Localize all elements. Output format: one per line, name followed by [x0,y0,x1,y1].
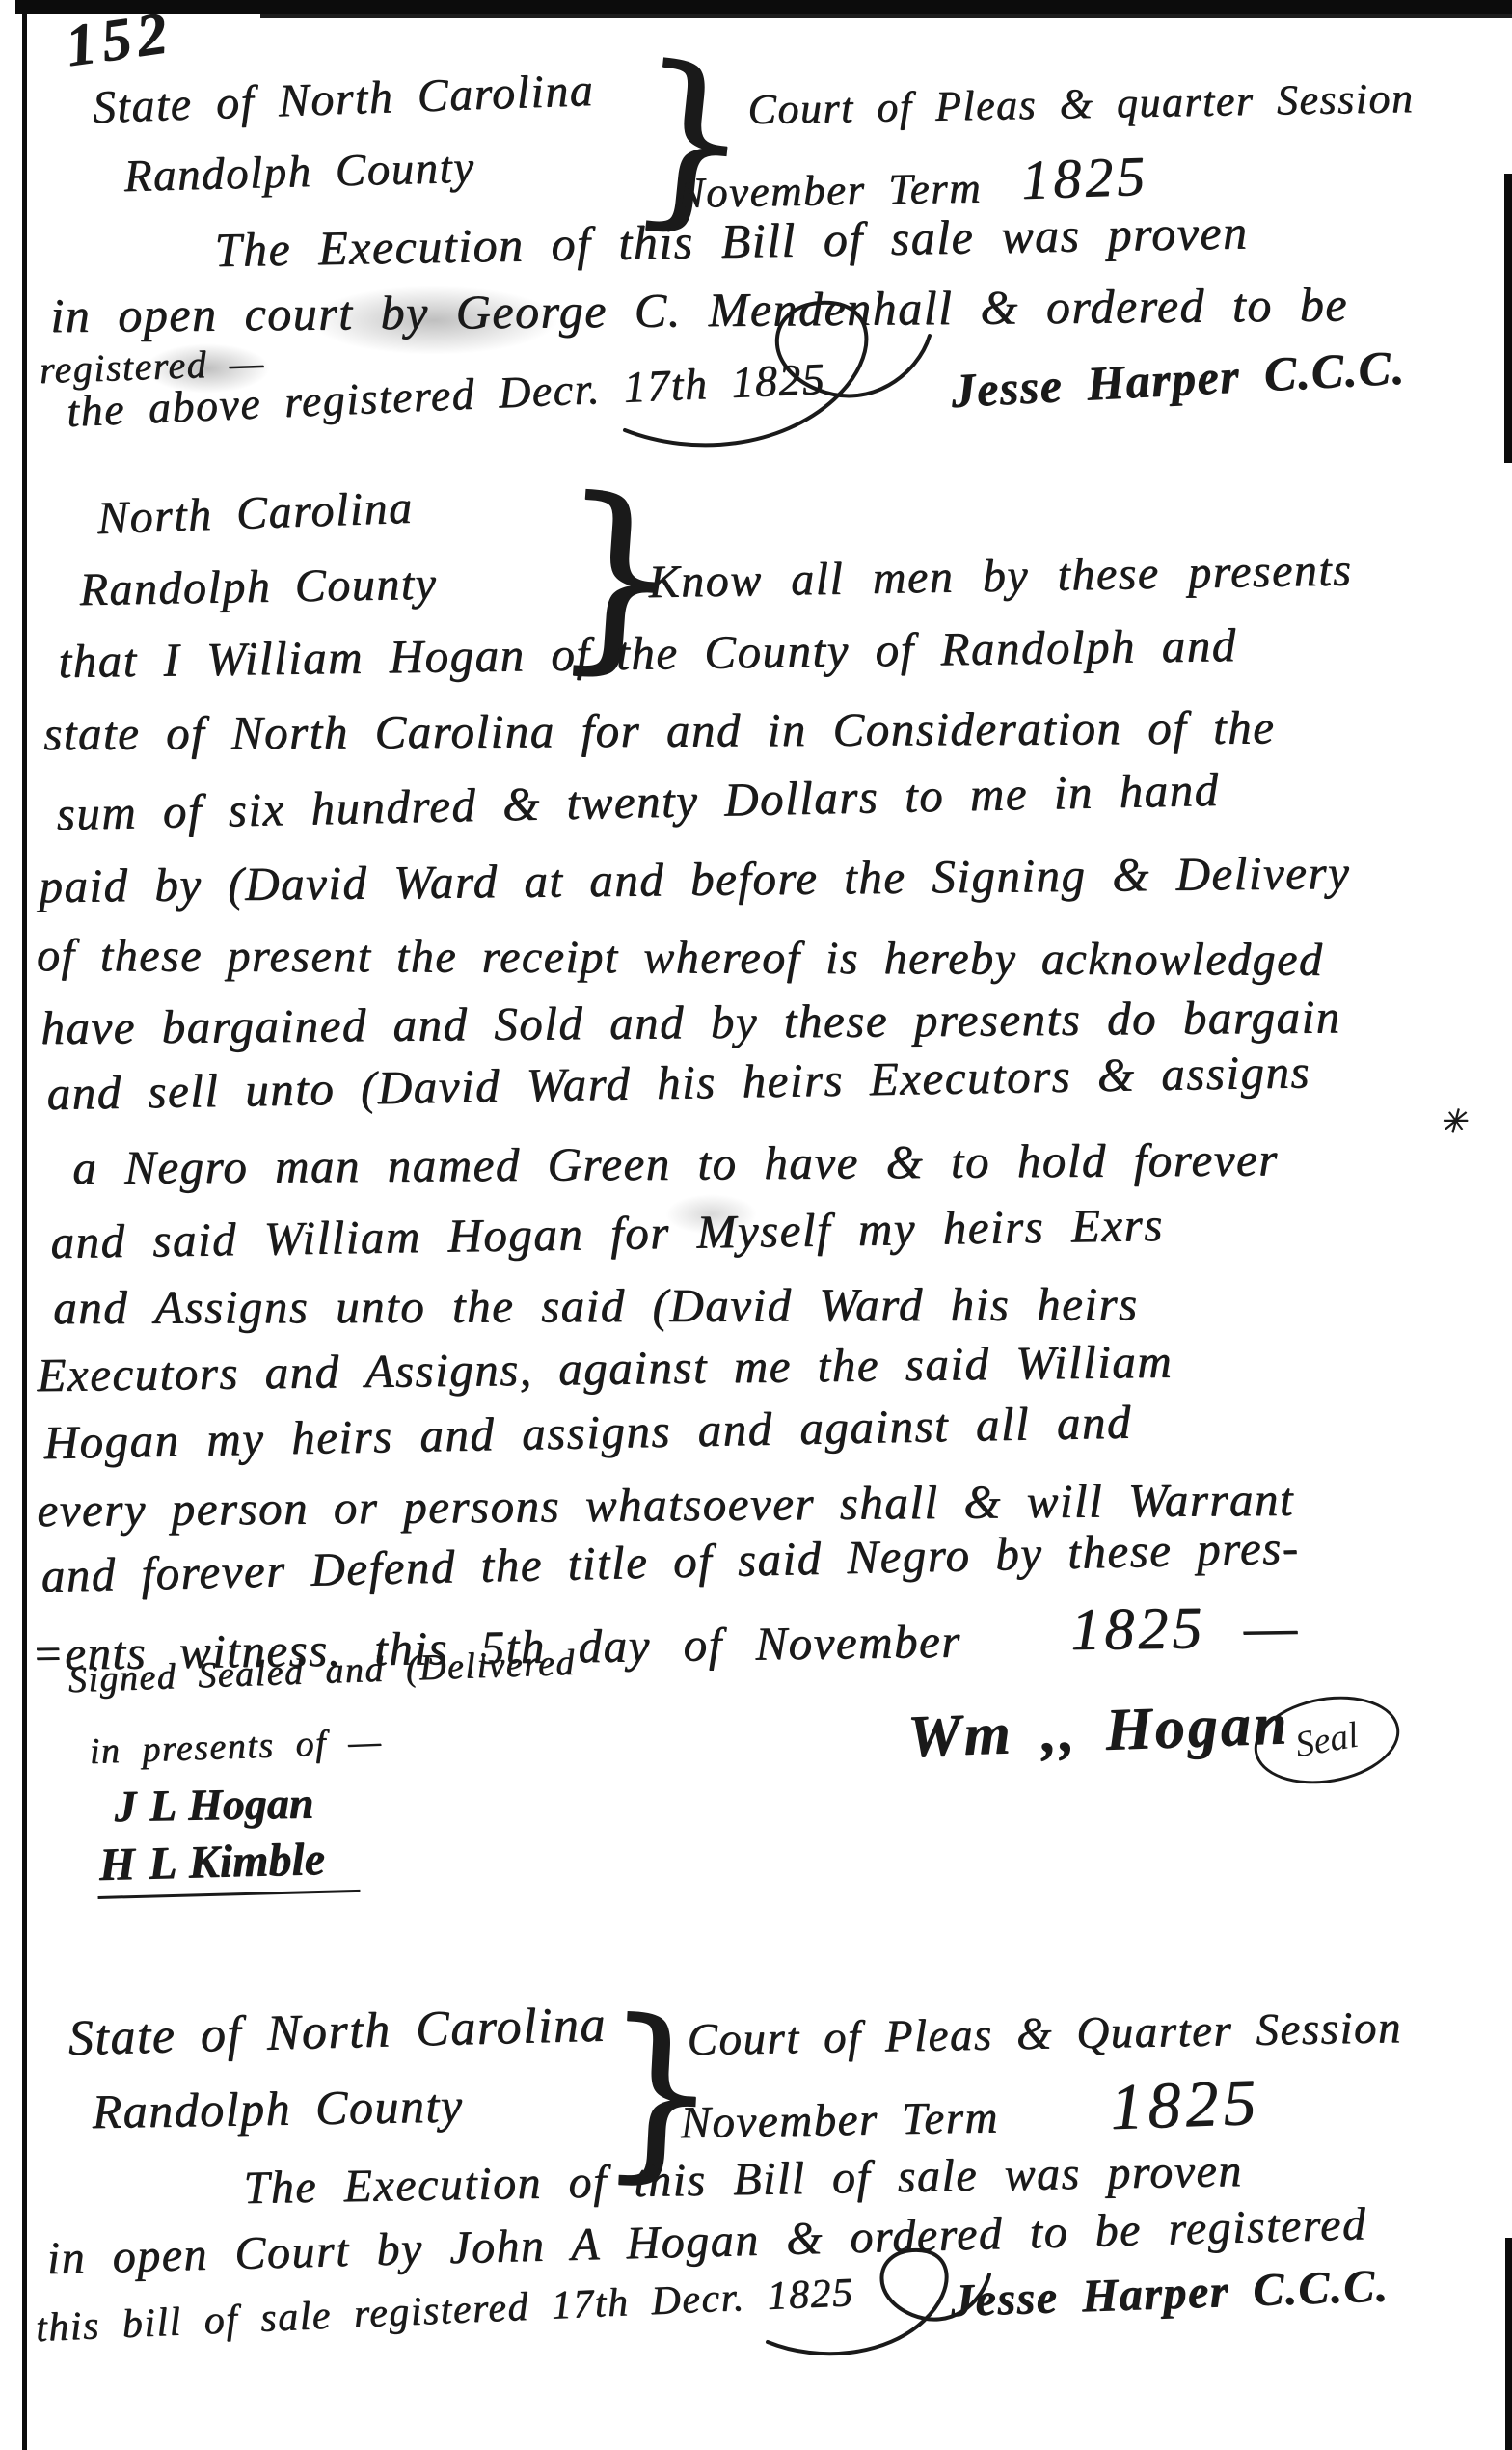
deed-opening-line: Know all men by these presents [648,545,1353,608]
scanned-document-page: 152 State of North Carolina } Court of P… [0,0,1512,2450]
scan-edge-right-lower [1505,2238,1512,2450]
deed-body-line: of these present the receipt whereof is … [37,931,1324,985]
reg-bottom-registered-line: this bill of sale registered 17th Decr. … [35,2272,854,2351]
reg-top-term-line: November Term [675,164,982,216]
witness-signature: J L Hogan [114,1779,314,1830]
scan-edge-top-shadow [260,14,1512,18]
reg-bottom-county-line: Randolph County [92,2079,464,2137]
clerk-signature: Jesse Harper C.C.C. [950,340,1407,417]
reg-bottom-state-line: State of North Carolina [67,1998,607,2066]
deed-body-line: have bargained and Sold and by these pre… [40,992,1341,1054]
reg-bottom-term-year: 1825 [1109,2067,1261,2143]
seal-label: Seal [1292,1714,1362,1767]
reg-top-state-line: State of North Carolina [92,66,595,133]
pen-flourish-icon [617,286,935,469]
reg-top-term-year: 1825 [1020,146,1149,210]
deed-body-line: that I William Hogan of the County of Ra… [58,620,1237,688]
deed-margin-mark: ✳ [1439,1105,1468,1141]
deed-state-line: North Carolina [96,483,414,544]
clerk-signature: Jesse Harper C.C.C. [950,2261,1390,2327]
scan-edge-left [22,8,27,2450]
deed-body-line: Executors and Assigns, against me the sa… [37,1337,1173,1402]
deed-closing-year: 1825 — [1070,1595,1302,1663]
deed-body-line: sum of six hundred & twenty Dollars to m… [56,765,1220,840]
deed-body-line: a Negro man named Green to have & to hol… [72,1134,1279,1194]
witness-signature-text: H L Kimble [96,1833,361,1899]
deed-body-line: and Assigns unto the said (David Ward hi… [53,1279,1139,1334]
reg-top-body-line: The Execution of this Bill of sale was p… [214,205,1249,276]
attestation-line: in presents of — [89,1722,383,1772]
deed-body-line: paid by (David Ward at and before the Si… [39,848,1350,912]
deed-body-line: and said William Hogan for Myself my hei… [50,1200,1164,1268]
reg-bottom-term-line: November Term [680,2093,999,2148]
reg-top-court-line: Court of Pleas & quarter Session [747,75,1415,133]
scan-edge-top [15,0,1512,14]
principal-signature: Wm ,, Hogan [906,1692,1290,1770]
scan-edge-right-upper [1504,174,1512,463]
reg-bottom-court-line: Court of Pleas & Quarter Session [687,2003,1402,2065]
deed-county-line: Randolph County [79,559,438,615]
deed-body-line: and sell unto (David Ward his heirs Exec… [46,1047,1310,1120]
page-number: 152 [62,1,176,80]
deed-body-line: Hogan my heirs and assigns and against a… [43,1397,1132,1469]
witness-signature: H L Kimble [96,1834,360,1891]
reg-top-county-line: Randolph County [123,143,475,201]
deed-body-line: state of North Carolina for and in Consi… [43,702,1275,760]
reg-bottom-body-line: The Execution of this Bill of sale was p… [243,2146,1243,2214]
